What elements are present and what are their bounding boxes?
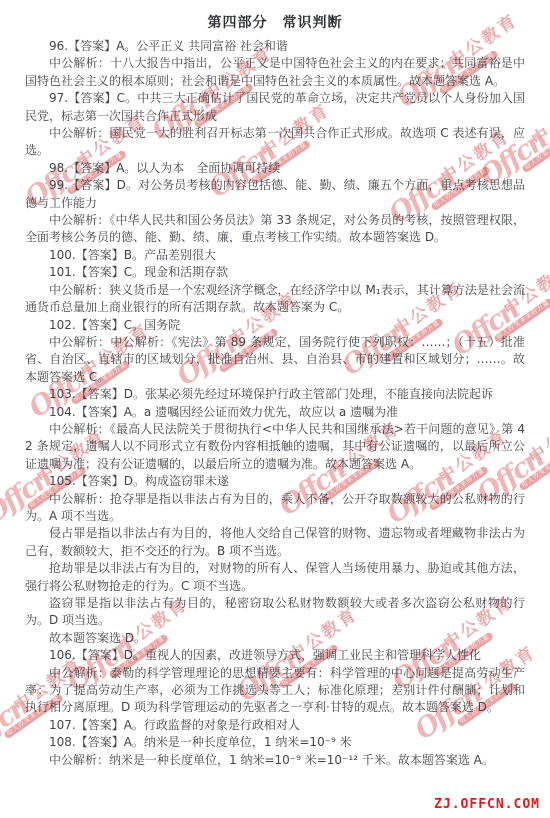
answer-paragraph: 侵占罪是指以非法占有为目的，将他人交给自己保管的财物、遗忘物或者埋藏物非法占为己… <box>25 525 525 560</box>
answer-paragraph: 101.【答案】C。现金和活期存款 <box>25 264 525 281</box>
answer-paragraph: 106.【答案】D。重视人的因素，改进领导方式，强调工业民主和管理科学人性化 <box>25 647 525 664</box>
answer-paragraph: 中公解析：国民党一大的胜利召开标志第一次国共合作正式形成。故选项 C 表述有误，… <box>25 125 525 160</box>
answer-paragraph: 中公解析：十八大报告中指出，公平正义是中国特色社会主义的内在要求；共同富裕是中国… <box>25 55 525 90</box>
answer-paragraph: 99.【答案】D。对公务员考核的内容包括德、能、勤、绩、廉五个方面，重点考核思想… <box>25 177 525 212</box>
answer-paragraph: 故本题答案选 D。 <box>25 630 525 647</box>
answer-paragraph: 100.【答案】B。产品差别很大 <box>25 247 525 264</box>
answer-paragraph: 中公解析：抢夺罪是指以非法占有为目的，乘人不备，公开夺取数额较大的公私财物的行为… <box>25 491 525 526</box>
document-page: Offcn中公教育给人改变未来的力量Offcn中公教育给人改变未来的力量Offc… <box>0 0 550 818</box>
document-content: 96.【答案】A。公平正义 共同富裕 社会和谐中公解析：十八大报告中指出，公平正… <box>0 38 550 769</box>
site-url-text: ZJ.OFFCN.COM <box>434 797 540 812</box>
answer-paragraph: 中公解析：《最高人民法院关于贯彻执行<中华人民共和国继承法>若干问题的意见》第 … <box>25 421 525 473</box>
answer-paragraph: 96.【答案】A。公平正义 共同富裕 社会和谐 <box>25 38 525 55</box>
answer-paragraph: 108.【答案】A。纳米是一种长度单位，1 纳米=10⁻⁹ 米 <box>25 734 525 751</box>
answer-paragraph: 中公解析：中公解析：《宪法》第 89 条规定，国务院行使下列职权：……；（十五）… <box>25 334 525 386</box>
answer-paragraph: 中公解析：泰勒的科学管理理论的思想精要主要有：科学管理的中心问题是提高劳动生产率… <box>25 665 525 717</box>
answer-paragraph: 103.【答案】D。张某必须先经过环境保护行政主管部门处理，不能直接向法院起诉 <box>25 386 525 403</box>
answer-paragraph: 抢劫罪是以非法占有为目的，对财物的所有人、保管人当场使用暴力、胁迫或其他方法，强… <box>25 560 525 595</box>
answer-paragraph: 中公解析：《中华人民共和国公务员法》第 33 条规定，对公务员的考核，按照管理权… <box>25 212 525 247</box>
answer-paragraph: 102.【答案】C。国务院 <box>25 317 525 334</box>
answer-paragraph: 97.【答案】C。中共三大正确估计了国民党的革命立场，决定共产党员以个人身份加入… <box>25 90 525 125</box>
answer-paragraph: 中公解析：纳米是一种长度单位，1 纳米=10⁻⁹ 米=10⁻¹² 千米。故本题答… <box>25 752 525 769</box>
page-title: 第四部分 常识判断 <box>0 12 550 32</box>
answer-paragraph: 98.【答案】A。以人为本 全面协调可持续 <box>25 160 525 177</box>
answer-paragraph: 盗窃罪是指以非法占有为目的，秘密窃取公私财物数额较大或者多次盗窃公私财物的行为。… <box>25 595 525 630</box>
answer-paragraph: 104.【答案】A。a 遗嘱因经公证而效力优先，故应以 a 遗嘱为准 <box>25 404 525 421</box>
answer-paragraph: 中公解析：狭义货币是一个宏观经济学概念，在经济学中以 M₁表示，其计算方法是社会… <box>25 282 525 317</box>
answer-paragraph: 105.【答案】D。构成盗窃罪未遂 <box>25 473 525 490</box>
answer-paragraph: 107.【答案】A。行政监督的对象是行政相对人 <box>25 717 525 734</box>
